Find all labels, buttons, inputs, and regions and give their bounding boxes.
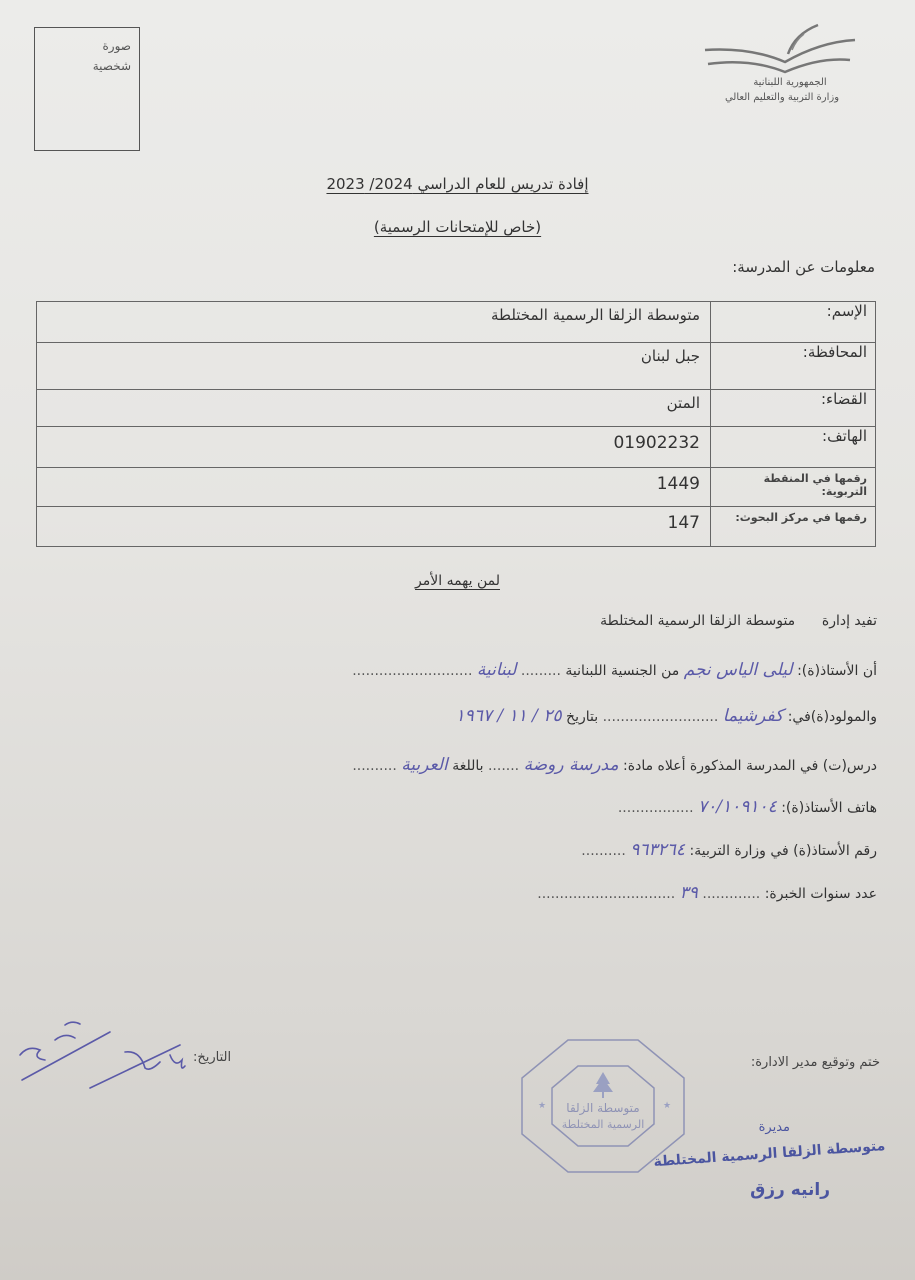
governorate-label: المحافظة: bbox=[711, 343, 876, 390]
director-title: مديرة bbox=[759, 1120, 790, 1135]
photo-placeholder-box: صورة شخصية bbox=[34, 27, 140, 151]
subject-line: درس(ت) في المدرسة المذكورة أعلاه مادة: م… bbox=[352, 755, 877, 775]
teacher-phone-handwritten: ٧٠/١٠٩١٠٤ bbox=[698, 797, 777, 817]
stamp-inner-line2: الرسمية المختلطة bbox=[562, 1118, 645, 1131]
birth-line: والمولود(ة)في: كفرشيما .................… bbox=[455, 706, 877, 726]
photo-label: صورة شخصية bbox=[93, 36, 131, 76]
educational-zone-number-label: رقمها في المنقطة التربوية: bbox=[711, 468, 876, 507]
nationality-label: من الجنسية اللبنانية bbox=[565, 663, 679, 679]
intro-prefix: تفيد إدارة bbox=[822, 613, 877, 629]
phone-value: 01902232 bbox=[37, 427, 711, 468]
governorate-value: جبل لبنان bbox=[37, 343, 711, 390]
dotted-fill: ............................... bbox=[537, 886, 675, 902]
dotted-fill: ....... bbox=[488, 758, 519, 774]
experience-handwritten: ٣٩ bbox=[680, 883, 698, 903]
open-book-logo-icon bbox=[700, 22, 860, 77]
document-page: صورة شخصية الجمهورية اللبنانية وزارة الت… bbox=[0, 0, 915, 1280]
director-name: رانيه رزق bbox=[750, 1180, 830, 1200]
date-label: التاريخ: bbox=[193, 1050, 231, 1065]
document-subtitle-text: (خاص للإمتحانات الرسمية) bbox=[374, 218, 541, 236]
research-center-number-value: 147 bbox=[37, 507, 711, 547]
dotted-fill: ........................... bbox=[352, 663, 472, 679]
teacher-line: أن الأستاذ(ة): ليلى الياس نجم من الجنسية… bbox=[352, 660, 877, 680]
teacher-label: أن الأستاذ(ة): bbox=[797, 663, 877, 679]
phone-label: الهاتف: bbox=[711, 427, 876, 468]
table-row: الهاتف: 01902232 bbox=[37, 427, 876, 468]
dotted-fill: .......... bbox=[581, 843, 626, 859]
birthplace-label: والمولود(ة)في: bbox=[788, 709, 877, 725]
ministry-number-line: رقم الأستاذ(ة) في وزارة التربية: ٩٦٣٢٦٤ … bbox=[581, 840, 877, 860]
teacher-name-handwritten: ليلى الياس نجم bbox=[684, 660, 793, 680]
table-row: رقمها في المنقطة التربوية: 1449 bbox=[37, 468, 876, 507]
svg-text:★: ★ bbox=[538, 1101, 546, 1111]
subject-label: درس(ت) في المدرسة المذكورة أعلاه مادة: bbox=[623, 758, 877, 774]
svg-text:★: ★ bbox=[663, 1101, 671, 1111]
dotted-fill: .......................... bbox=[603, 709, 719, 725]
table-row: الإسم: متوسطة الزلقا الرسمية المختلطة bbox=[37, 302, 876, 343]
dotted-fill: .......... bbox=[352, 758, 397, 774]
research-center-number-label: رقمها في مركز البحوث: bbox=[711, 507, 876, 547]
birthdate-handwritten: ٢٥ / ١١ / ١٩٦٧ bbox=[455, 706, 561, 726]
subject-handwritten: مدرسة روضة bbox=[524, 755, 619, 775]
ministry-logo: الجمهورية اللبنانية وزارة التربية والتعل… bbox=[700, 22, 860, 112]
school-name-label: الإسم: bbox=[711, 302, 876, 343]
stamp-inner-line1: متوسطة الزلقا bbox=[566, 1101, 639, 1116]
document-subtitle: (خاص للإمتحانات الرسمية) bbox=[0, 218, 915, 236]
table-row: القضاء: المتن bbox=[37, 390, 876, 427]
intro-line: تفيد إدارة متوسطة الزلقا الرسمية المختلط… bbox=[600, 613, 877, 629]
logo-ministry-text: وزارة التربية والتعليم العالي bbox=[702, 92, 862, 103]
nationality-handwritten: لبنانية bbox=[477, 660, 517, 680]
document-title-text: إفادة تدريس للعام الدراسي 2024/ 2023 bbox=[326, 175, 588, 193]
dotted-fill: ......... bbox=[521, 663, 561, 679]
document-title: إفادة تدريس للعام الدراسي 2024/ 2023 bbox=[0, 175, 915, 193]
school-info-table: الإسم: متوسطة الزلقا الرسمية المختلطة ال… bbox=[36, 301, 876, 547]
birthdate-label: بتاريخ bbox=[566, 709, 598, 725]
logo-republic-text: الجمهورية اللبنانية bbox=[710, 77, 870, 88]
handwritten-date-strokes bbox=[10, 1010, 190, 1090]
stamp-signature-label: ختم وتوقيع مدير الادارة: bbox=[751, 1055, 880, 1070]
school-name-value: متوسطة الزلقا الرسمية المختلطة bbox=[37, 302, 711, 343]
ministry-number-handwritten: ٩٦٣٢٦٤ bbox=[630, 840, 685, 860]
experience-line: عدد سنوات الخبرة: ............. ٣٩ .....… bbox=[537, 883, 877, 903]
dotted-fill: ............. bbox=[702, 886, 760, 902]
language-handwritten: العربية bbox=[401, 755, 447, 775]
teacher-phone-label: هاتف الأستاذ(ة): bbox=[781, 800, 877, 816]
educational-zone-number-value: 1449 bbox=[37, 468, 711, 507]
ministry-number-label: رقم الأستاذ(ة) في وزارة التربية: bbox=[690, 843, 877, 859]
dotted-fill: ................. bbox=[618, 800, 694, 816]
to-whom-text: لمن يهمه الأمر bbox=[415, 573, 500, 589]
district-label: القضاء: bbox=[711, 390, 876, 427]
photo-label-line1: صورة bbox=[93, 36, 131, 56]
table-row: رقمها في مركز البحوث: 147 bbox=[37, 507, 876, 547]
table-row: المحافظة: جبل لبنان bbox=[37, 343, 876, 390]
experience-label: عدد سنوات الخبرة: bbox=[765, 886, 877, 902]
school-info-heading: معلومات عن المدرسة: bbox=[732, 258, 875, 276]
birthplace-handwritten: كفرشيما bbox=[723, 706, 783, 726]
district-value: المتن bbox=[37, 390, 711, 427]
to-whom-heading: لمن يهمه الأمر bbox=[0, 573, 915, 589]
language-label: باللغة bbox=[452, 758, 483, 774]
photo-label-line2: شخصية bbox=[93, 56, 131, 76]
intro-school-name: متوسطة الزلقا الرسمية المختلطة bbox=[600, 613, 795, 629]
teacher-phone-line: هاتف الأستاذ(ة): ٧٠/١٠٩١٠٤ .............… bbox=[618, 797, 877, 817]
date-handwritten bbox=[10, 1010, 190, 1094]
